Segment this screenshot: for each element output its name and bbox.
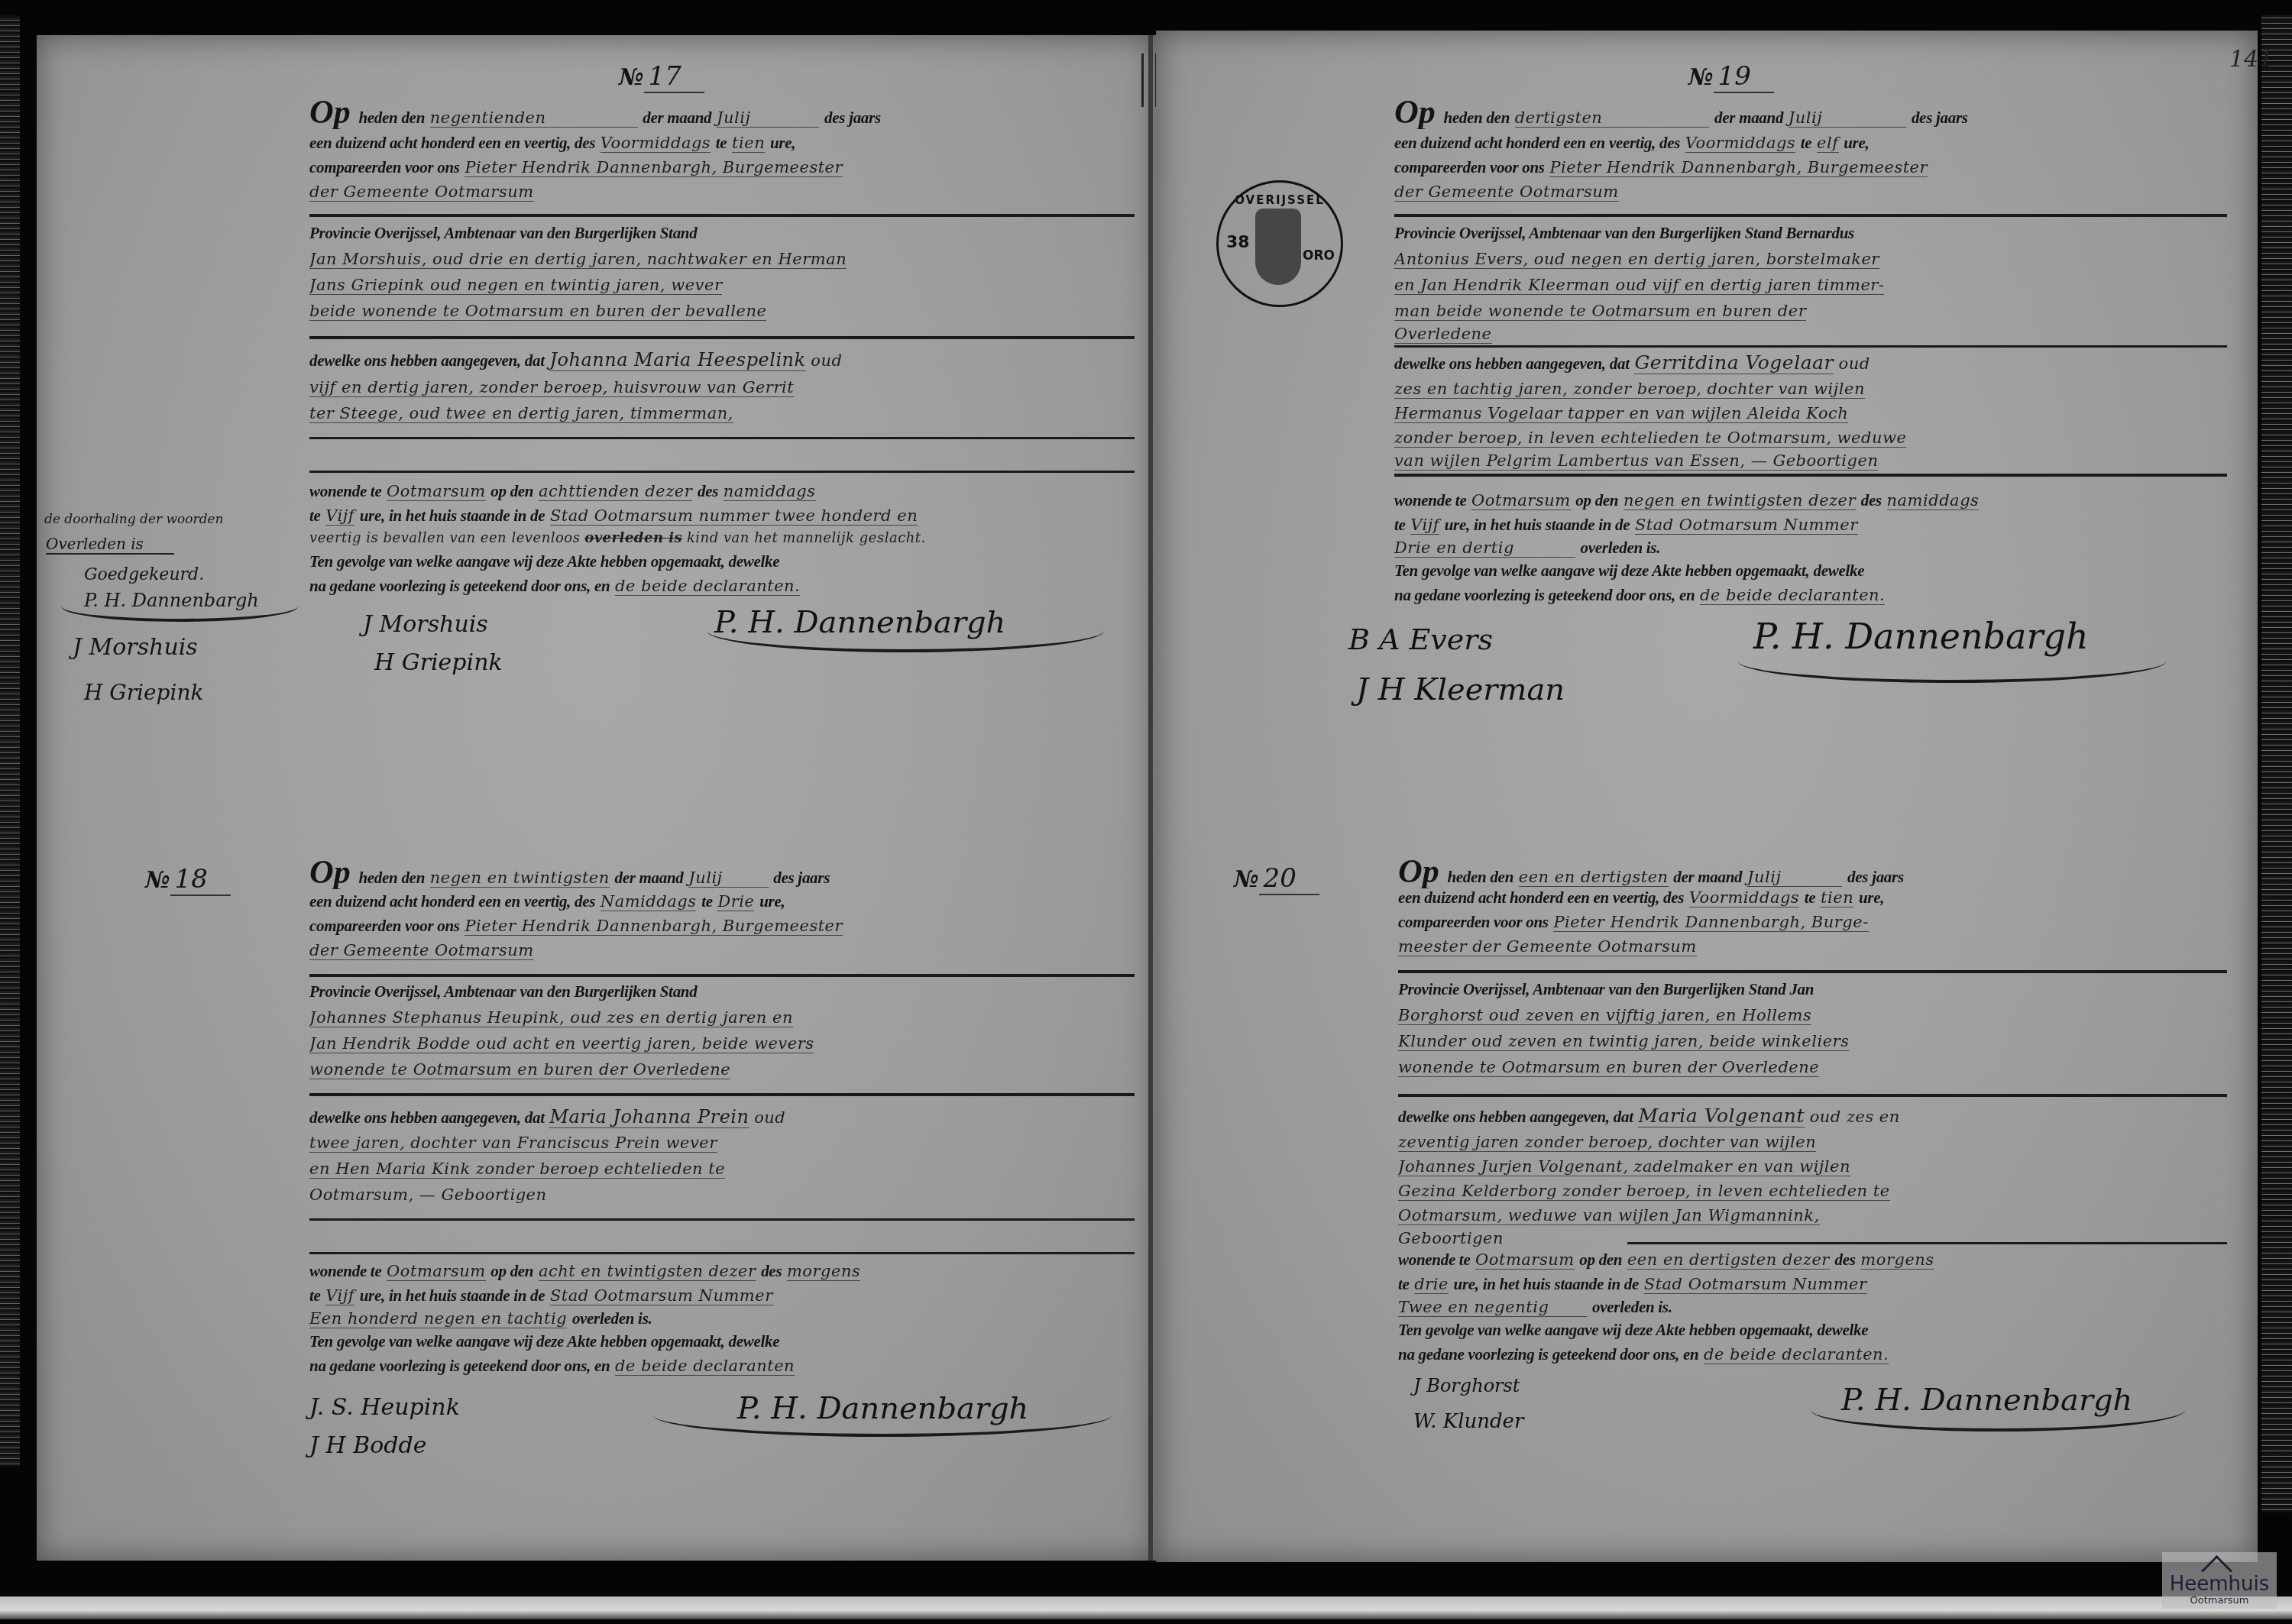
officer-line-2: der Gemeente Ootmarsum (1394, 180, 2227, 203)
record-number-value: 20 (1259, 863, 1319, 895)
deceased-line: en Hen Maria Kink zonder beroep echtelie… (309, 1157, 1135, 1180)
daypart: Voormiddags (601, 134, 711, 153)
printed-text: overleden is. (1592, 1298, 1672, 1316)
deceased-text: zeventig jaren zonder beroep, dochter va… (1398, 1133, 1816, 1152)
residence: Ootmarsum (1471, 491, 1571, 510)
municipality: der Gemeente Ootmarsum (309, 941, 534, 960)
printed-text: ure, (1844, 134, 1869, 152)
death-daypart: namiddags (1887, 491, 1980, 510)
closing-line: Ten gevolge van welke aangave wij deze A… (309, 1330, 1135, 1353)
officer-name: Pieter Hendrik Dannenbargh, Burgemeester (465, 917, 843, 936)
printed-text: heden den (358, 869, 425, 887)
location-line-2: veertig is bevallen van een levenloos ov… (309, 527, 1135, 550)
printed-text: heden den (1447, 868, 1513, 886)
residence: Ootmarsum (387, 482, 486, 501)
printed-text: een duizend acht honderd een en veertig,… (1398, 888, 1684, 907)
location-text: Drie en dertig (1394, 539, 1575, 558)
printed-text: der maand (1714, 108, 1783, 127)
year-line: een duizend acht honderd een en veertig,… (1394, 131, 2227, 154)
section-rule (309, 1093, 1135, 1096)
printed-text: compareerden voor ons (309, 917, 460, 935)
deceased-line: dewelke ons hebben aangegeven, dat Gerri… (1394, 351, 2227, 375)
officer-name: Pieter Hendrik Dannenbargh, Burgemeester (1549, 158, 1928, 177)
film-edge-right (2261, 15, 2292, 1512)
section-rule (1394, 345, 2227, 348)
overijssel-stamp-seal: OVERIJSSEL 38 ORO (1216, 180, 1343, 307)
record-number: №19 (1688, 61, 1774, 92)
deceased-line: ter Steege, oud twee en dertig jaren, ti… (309, 402, 1135, 425)
death-record-17: №17 Op heden den negentienden der maand … (309, 61, 1135, 733)
deceased-text: Geboortigen (1398, 1229, 1504, 1247)
printed-text: op den (1575, 491, 1618, 510)
printed-text: wonende te (1398, 1250, 1470, 1269)
book-gutter (1148, 35, 1153, 1561)
printed-text: te (716, 134, 727, 152)
death-daypart: namiddags (724, 482, 816, 501)
printed-text: Ten gevolge van welke aangave wij deze A… (1394, 561, 1864, 580)
officer-line-2: der Gemeente Ootmarsum (309, 939, 1135, 962)
declarant-line: Provincie Overijssel, Ambtenaar van den … (1398, 978, 2227, 1001)
margin-note-line: Overleden is (46, 535, 174, 555)
section-rule (1394, 214, 2227, 217)
record-body: Op heden den negen en twintigsten der ma… (309, 859, 1135, 1486)
printed-text: der maand (643, 108, 711, 127)
margin-witness-signature: H Griepink (84, 680, 203, 705)
printed-text: compareerden voor ons (1398, 913, 1549, 931)
printed-text: des jaars (773, 869, 830, 887)
officer-line: compareerden voor ons Pieter Hendrik Dan… (309, 914, 1135, 937)
hour: Drie (717, 892, 754, 911)
deceased-text: Ootmarsum, weduwe van wijlen Jan Wigmann… (1398, 1206, 1820, 1225)
residence: Ootmarsum (1475, 1250, 1575, 1270)
printed-text: ure, (770, 134, 795, 152)
printed-text: des jaars (824, 108, 881, 127)
watermark-subtitle: Ootmarsum (2162, 1595, 2277, 1606)
printed-text: ure, in het huis staande in de (360, 506, 545, 525)
daypart: Namiddags (601, 892, 697, 911)
section-rule (1394, 474, 2227, 477)
declarant-line: en Jan Hendrik Kleerman oud vijf en dert… (1394, 273, 2227, 296)
seal-left-text: 38 (1226, 233, 1250, 252)
printed-text: overleden is. (1581, 539, 1661, 557)
daypart: Voormiddags (1685, 134, 1795, 153)
witness-signature: H Griepink (374, 649, 503, 676)
opening-line: Op heden den negentienden der maand Juli… (309, 101, 1135, 129)
printed-text: des jaars (1847, 868, 1904, 886)
section-rule (1398, 970, 2227, 973)
printed-text: ure, (1859, 888, 1884, 907)
hour: tien (1821, 888, 1853, 907)
deceased-text: oud (1839, 354, 1870, 373)
closing-line: Ten gevolge van welke aangave wij deze A… (309, 550, 1135, 573)
deceased-line: vijf en dertig jaren, zonder beroep, hui… (309, 376, 1135, 399)
year-line: een duizend acht honderd een en veertig,… (309, 890, 1135, 913)
closing-line-2: na gedane voorlezing is geteekend door o… (1394, 584, 2227, 607)
heemhuis-watermark-logo: Heemhuis Ootmarsum (2162, 1552, 2277, 1609)
witness-signature: W. Klunder (1413, 1410, 1523, 1433)
declarant-text: wonende te Ootmarsum en buren der Overle… (1398, 1058, 1819, 1077)
residence-line: wonende te Ootmarsum op den acht en twin… (309, 1260, 1135, 1283)
section-rule (309, 471, 1135, 473)
op-initial: Op (1394, 101, 1436, 129)
folio-number: 141 (2229, 46, 2273, 73)
deceased-line: dewelke ons hebben aangegeven, dat Maria… (1398, 1105, 2227, 1128)
film-edge-bottom (0, 1597, 2292, 1619)
record-number: №18 (145, 864, 231, 894)
closing-line-2: na gedane voorlezing is geteekend door o… (1398, 1343, 2227, 1366)
section-rule (309, 1218, 1135, 1221)
printed-text: ure, in het huis staande in de (1454, 1275, 1639, 1293)
officer-name: Pieter Hendrik Dannenbargh, Burgemeester (465, 158, 843, 177)
officer-line: compareerden voor ons Pieter Hendrik Dan… (309, 156, 1135, 179)
number-label: № (1688, 64, 1714, 91)
printed-text: ure, in het huis staande in de (360, 1286, 545, 1305)
printed-text: dewelke ons hebben aangegeven, dat (1394, 354, 1630, 373)
printed-text: wonende te (309, 1262, 381, 1280)
margin-witness-signature: J Morshuis (73, 634, 198, 661)
date-month: Julij (688, 869, 768, 888)
printed-text: des (1835, 1250, 1856, 1269)
witness-signature: J Borghorst (1413, 1375, 1520, 1396)
gutter-mark (1141, 53, 1144, 107)
declarant-line: Jan Hendrik Bodde oud acht en veertig ja… (309, 1032, 1135, 1055)
date-of-death: negen en twintigsten dezer (1623, 491, 1856, 510)
printed-text: na gedane voorlezing is geteekend door o… (309, 577, 610, 595)
hour: elf (1817, 134, 1838, 153)
officer-line: compareerden voor ons Pieter Hendrik Dan… (1394, 156, 2227, 179)
deceased-line: Hermanus Vogelaar tapper en van wijlen A… (1394, 402, 2227, 425)
location-line-2: Een honderd negen en tachtig overleden i… (309, 1307, 1135, 1330)
declarant-text: Jan Hendrik Bodde oud acht en veertig ja… (309, 1034, 814, 1053)
printed-text: te (309, 506, 321, 525)
date-day: negen en twintigsten (430, 869, 610, 888)
declarant-text: Provincie Overijssel, Ambtenaar van den … (1394, 224, 1854, 242)
residence: Ootmarsum (387, 1262, 486, 1281)
deceased-text: Gezina Kelderborg zonder beroep, in leve… (1398, 1182, 1890, 1201)
printed-text: op den (1579, 1250, 1622, 1269)
location-text: Twee en negentig (1398, 1298, 1587, 1317)
death-record-19: №19 Op heden den dertigsten der maand Ju… (1394, 61, 2227, 733)
printed-text: heden den (1443, 108, 1510, 127)
opening-line: Op heden den dertigsten der maand Julij … (1394, 101, 2227, 129)
declarant-text: Klunder oud zeven en twintig jaren, beid… (1398, 1032, 1849, 1051)
record-number-value: 17 (644, 61, 704, 93)
death-hour: Vijf (1410, 516, 1439, 535)
op-initial: Op (1398, 860, 1439, 888)
printed-text: te (309, 1286, 321, 1305)
opening-line: Op heden den negen en twintigsten der ma… (309, 861, 1135, 889)
section-rule (1398, 1094, 2227, 1097)
seal-top-text: OVERIJSSEL (1219, 193, 1341, 207)
deceased-text: vijf en dertig jaren, zonder beroep, hui… (309, 378, 794, 397)
printed-text: te (1394, 516, 1406, 534)
witness-signature: J H Bodde (309, 1432, 427, 1459)
deceased-line: van wijlen Pelgrim Lambertus van Essen, … (1394, 449, 2227, 472)
death-location: Stad Ootmarsum nummer twee honderd en (550, 506, 918, 526)
death-daypart: morgens (1860, 1250, 1934, 1270)
printed-text: compareerden voor ons (1394, 158, 1545, 176)
number-label: № (619, 64, 644, 91)
declarant-line: Borghorst oud zeven en vijftig jaren, en… (1398, 1004, 2227, 1027)
printed-text: des jaars (1912, 108, 1968, 127)
municipality: der Gemeente Ootmarsum (309, 183, 534, 202)
printed-text: te (1805, 888, 1816, 907)
location-line: te Vijf ure, in het huis staande in de S… (1394, 513, 2227, 536)
declarant-line: Jans Griepink oud negen en twintig jaren… (309, 273, 1135, 296)
printed-text: dewelke ons hebben aangegeven, dat (309, 351, 545, 370)
deceased-line: dewelke ons hebben aangegeven, dat Maria… (309, 1105, 1135, 1129)
date-day: een en dertigsten (1519, 868, 1669, 887)
declarant-line: man beide wonende te Ootmarsum en buren … (1394, 299, 2227, 322)
film-edge-left (0, 15, 20, 1467)
declarant-line: Johannes Stephanus Heupink, oud zes en d… (309, 1006, 1135, 1029)
printed-text: na gedane voorlezing is geteekend door o… (1394, 586, 1695, 604)
witness-signature: J. S. Heupink (309, 1394, 460, 1421)
printed-text: der maand (614, 869, 683, 887)
printed-text: des (1861, 491, 1882, 510)
location-line: te drie ure, in het huis staande in de S… (1398, 1273, 2227, 1296)
declarant-line: Jan Morshuis, oud drie en dertig jaren, … (309, 247, 1135, 270)
printed-text: Ten gevolge van welke aangave wij deze A… (309, 1332, 779, 1351)
date-month: Julij (717, 108, 819, 128)
closing-line: Ten gevolge van welke aangave wij deze A… (1394, 559, 2227, 582)
declarant-text: man beide wonende te Ootmarsum en buren … (1394, 302, 1806, 321)
record-number-value: 19 (1714, 61, 1774, 93)
declarant-text: Overledene (1394, 325, 1492, 344)
printed-text: Ten gevolge van welke aangave wij deze A… (1398, 1321, 1868, 1339)
declarant-text: Provincie Overijssel, Ambtenaar van den … (1398, 980, 1814, 998)
deceased-name: Maria Johanna Prein (549, 1106, 749, 1128)
printed-text: te (1801, 134, 1812, 152)
residence-line: wonende te Ootmarsum op den achttienden … (309, 480, 1135, 503)
printed-text: te (701, 892, 713, 911)
printed-text: na gedane voorlezing is geteekend door o… (309, 1357, 610, 1375)
death-location: Stad Ootmarsum Nummer (1635, 516, 1858, 535)
declarant-line: beide wonende te Ootmarsum en buren der … (309, 299, 1135, 322)
printed-text: der maand (1673, 868, 1742, 886)
section-rule (1627, 1242, 2227, 1244)
date-month: Julij (1789, 108, 1906, 128)
deceased-text: zes en tachtig jaren, zonder beroep, doc… (1394, 380, 1865, 399)
location-text: kind van het mannelijk geslacht. (687, 530, 926, 546)
death-location: Stad Ootmarsum Nummer (550, 1286, 773, 1305)
deceased-text: twee jaren, dochter van Franciscus Prein… (309, 1134, 717, 1153)
location-line-2: Twee en negentig overleden is. (1398, 1296, 2227, 1318)
location-text: Een honderd negen en tachtig (309, 1309, 567, 1328)
seal-right-text: ORO (1303, 248, 1335, 264)
year-line: een duizend acht honderd een en veertig,… (1398, 886, 2227, 909)
deceased-text: Johannes Jurjen Volgenant, zadelmaker en… (1398, 1157, 1850, 1176)
death-hour: drie (1414, 1275, 1449, 1294)
printed-text: des (761, 1262, 782, 1280)
section-rule (309, 336, 1135, 339)
margin-note-approved: Goedgekeurd. (84, 565, 204, 584)
deceased-text: Hermanus Vogelaar tapper en van wijlen A… (1394, 404, 1848, 423)
date-month: Julij (1747, 868, 1842, 887)
printed-text: ure, (759, 892, 785, 911)
mayor-signature: P. H. Dannenbargh (1753, 616, 2089, 657)
printed-text: te (1398, 1275, 1410, 1293)
deceased-name: Johanna Maria Heespelink (549, 349, 805, 371)
declarant-line: Klunder oud zeven en twintig jaren, beid… (1398, 1030, 2227, 1053)
deceased-text: oud (754, 1108, 785, 1127)
declarant-text: Jans Griepink oud negen en twintig jaren… (309, 276, 722, 295)
printed-text: een duizend acht honderd een en veertig,… (309, 134, 595, 152)
deceased-line: Johannes Jurjen Volgenant, zadelmaker en… (1398, 1155, 2227, 1178)
number-label: № (145, 867, 170, 894)
year-line: een duizend acht honderd een en veertig,… (309, 131, 1135, 154)
deceased-text: oud zes en (1810, 1108, 1900, 1126)
declarant-text: Johannes Stephanus Heupink, oud zes en d… (309, 1008, 793, 1027)
coat-of-arms-icon (1255, 209, 1301, 285)
residence-line: wonende te Ootmarsum op den negen en twi… (1394, 489, 2227, 512)
section-rule (309, 974, 1135, 977)
death-location: Stad Ootmarsum Nummer (1644, 1275, 1867, 1294)
printed-text: Provincie Overijssel, Ambtenaar van den … (309, 224, 697, 242)
deceased-line: Gezina Kelderborg zonder beroep, in leve… (1398, 1179, 2227, 1202)
signature-flourish (1738, 657, 2166, 683)
closing-line: Ten gevolge van welke aangave wij deze A… (1398, 1318, 2227, 1341)
residence-line: wonende te Ootmarsum op den een en derti… (1398, 1248, 2227, 1271)
opening-line: Op heden den een en dertigsten der maand… (1398, 860, 2227, 888)
date-of-death: achttienden dezer (539, 482, 692, 501)
printed-text: Ten gevolge van welke aangave wij deze A… (309, 552, 779, 571)
declarant-line: wonende te Ootmarsum en buren der Overle… (1398, 1056, 2227, 1079)
date-of-death: een en dertigsten dezer (1627, 1250, 1830, 1270)
death-daypart: morgens (787, 1262, 860, 1281)
signature-flourish (653, 1411, 1112, 1437)
signed-with: de beide declaranten. (1700, 586, 1885, 605)
signature-flourish (707, 626, 1104, 652)
deceased-name: Gerritdina Vogelaar (1634, 351, 1834, 374)
declarant-text: Borghorst oud zeven en vijftig jaren, en… (1398, 1006, 1811, 1025)
printed-text: heden den (358, 108, 425, 127)
deceased-text: oud (811, 351, 842, 370)
declarant-text: Antonius Evers, oud negen en dertig jare… (1394, 250, 1879, 269)
declarant-text: beide wonende te Ootmarsum en buren der … (309, 302, 766, 321)
deceased-text: Ootmarsum, — Geboortigen (309, 1186, 547, 1204)
closing-line-2: na gedane voorlezing is geteekend door o… (309, 574, 1135, 597)
op-initial: Op (309, 861, 351, 889)
date-of-death: acht en twintigsten dezer (539, 1262, 756, 1281)
deceased-name: Maria Volgenant (1638, 1105, 1805, 1127)
deceased-line: Geboortigen (1398, 1227, 2227, 1250)
printed-text: na gedane voorlezing is geteekend door o… (1398, 1345, 1698, 1364)
printed-text: op den (490, 482, 533, 500)
struck-text: overleden is (584, 530, 682, 546)
section-rule (309, 214, 1135, 217)
daypart: Voormiddags (1689, 888, 1799, 907)
witness-signature: B A Evers (1348, 623, 1493, 656)
printed-text: op den (490, 1262, 533, 1280)
officer-line-2: der Gemeente Ootmarsum (309, 180, 1135, 203)
location-line-2: Drie en dertig overleden is. (1394, 536, 2227, 559)
printed-text: wonende te (1394, 491, 1466, 510)
deceased-text: zonder beroep, in leven echtelieden te O… (1394, 429, 1906, 448)
witness-signature: J Morshuis (363, 611, 488, 638)
printed-text: wonende te (309, 482, 381, 500)
number-label: № (1234, 866, 1259, 893)
date-day: dertigsten (1515, 108, 1710, 128)
deceased-text: ter Steege, oud twee en dertig jaren, ti… (309, 404, 733, 423)
printed-text: een duizend acht honderd een en veertig,… (309, 892, 595, 911)
deceased-line: Ootmarsum, — Geboortigen (309, 1183, 1135, 1206)
officer-line: compareerden voor ons Pieter Hendrik Dan… (1398, 911, 2227, 933)
declarant-line: wonende te Ootmarsum en buren der Overle… (309, 1058, 1135, 1081)
death-hour: Vijf (325, 1286, 354, 1305)
municipality: der Gemeente Ootmarsum (1394, 183, 1619, 202)
provincie-line: Provincie Overijssel, Ambtenaar van den … (309, 980, 1135, 1003)
declarant-line: Antonius Evers, oud negen en dertig jare… (1394, 247, 2227, 270)
signature-flourish (1811, 1406, 2185, 1432)
closing-line-2: na gedane voorlezing is geteekend door o… (309, 1354, 1135, 1377)
municipality: meester der Gemeente Ootmarsum (1398, 937, 1697, 956)
signed-with: de beide declaranten (615, 1357, 795, 1376)
hour: tien (732, 134, 765, 153)
record-number: №17 (619, 61, 704, 92)
location-text: veertig is bevallen van een levenloos (309, 530, 580, 546)
printed-text: een duizend acht honderd een en veertig,… (1394, 134, 1680, 152)
declarant-line: Overledene (1394, 322, 2227, 345)
signed-with: de beide declaranten. (615, 577, 800, 596)
printed-text: ure, in het huis staande in de (1445, 516, 1630, 534)
record-number-value: 18 (170, 864, 231, 896)
deceased-text: van wijlen Pelgrim Lambertus van Essen, … (1394, 451, 1878, 471)
death-record-18: №18 Op heden den negen en twintigsten de… (145, 859, 1135, 1486)
op-initial: Op (309, 101, 351, 129)
location-line: te Vijf ure, in het huis staande in de S… (309, 504, 1135, 527)
printed-text: des (698, 482, 718, 500)
witness-signature: J H Kleerman (1356, 672, 1565, 707)
printed-text: overleden is. (572, 1309, 652, 1328)
date-day: negentienden (430, 108, 638, 128)
declarant-text: wonende te Ootmarsum en buren der Overle… (309, 1060, 730, 1079)
signed-with: de beide declaranten. (1704, 1345, 1889, 1364)
section-rule (309, 1252, 1135, 1254)
section-rule (309, 437, 1135, 439)
officer-name: Pieter Hendrik Dannenbargh, Burge- (1553, 913, 1868, 932)
death-record-20: №20 Op heden den een en dertigsten der m… (1234, 856, 2227, 1482)
watermark-name: Heemhuis (2162, 1574, 2277, 1595)
declarant-line: Provincie Overijssel, Ambtenaar van den … (1394, 222, 2227, 244)
deceased-line: twee jaren, dochter van Franciscus Prein… (309, 1131, 1135, 1154)
deceased-line: dewelke ons hebben aangegeven, dat Johan… (309, 348, 1135, 372)
deceased-line: zonder beroep, in leven echtelieden te O… (1394, 426, 2227, 449)
printed-text: Provincie Overijssel, Ambtenaar van den … (309, 982, 697, 1001)
provincie-line: Provincie Overijssel, Ambtenaar van den … (309, 222, 1135, 244)
deceased-line: Ootmarsum, weduwe van wijlen Jan Wigmann… (1398, 1204, 2227, 1227)
margin-note-line: de doorhaling der woorden (44, 512, 224, 527)
deceased-line: zeventig jaren zonder beroep, dochter va… (1398, 1131, 2227, 1153)
record-number: №20 (1234, 863, 1319, 894)
printed-text: dewelke ons hebben aangegeven, dat (1398, 1108, 1633, 1126)
deceased-text: en Hen Maria Kink zonder beroep echtelie… (309, 1160, 725, 1179)
declarant-text: Jan Morshuis, oud drie en dertig jaren, … (309, 250, 847, 269)
record-body: Op heden den een en dertigsten der maand… (1398, 856, 2227, 1482)
printed-text: dewelke ons hebben aangegeven, dat (309, 1108, 545, 1127)
death-hour: Vijf (325, 506, 354, 526)
deceased-line: zes en tachtig jaren, zonder beroep, doc… (1394, 377, 2227, 400)
officer-line-2: meester der Gemeente Ootmarsum (1398, 935, 2227, 958)
declarant-text: en Jan Hendrik Kleerman oud vijf en dert… (1394, 276, 1884, 295)
printed-text: compareerden voor ons (309, 158, 460, 176)
location-line: te Vijf ure, in het huis staande in de S… (309, 1284, 1135, 1307)
